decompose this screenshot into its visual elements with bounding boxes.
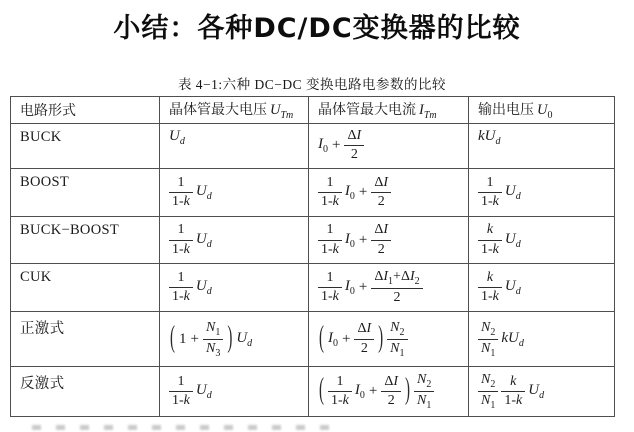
cell-output-voltage: N2N1kUd [469,312,615,367]
cell-output-voltage: N2N1k1-kUd [469,367,615,417]
table-row-buck: BUCK Ud I0+ΔI2 kUd [11,124,615,169]
header-symbol: U0 [537,102,552,121]
header-label: 输出电压 [478,103,534,118]
cell-max-voltage: 11-kUd [160,169,309,217]
cell-output-voltage: k1-kUd [469,264,615,312]
cell-max-voltage: 11-kUd [160,367,309,417]
cell-max-current: 11-kI0+ΔI2 [309,169,469,217]
row-label: CUK [11,264,160,312]
header-output-voltage: 输出电压U0 [469,97,615,124]
table-header-row: 电路形式 晶体管最大电压UTm 晶体管最大电流ITm 输出电压U0 [11,97,615,124]
cell-max-current: (11-kI0+ΔI2)N2N1 [309,367,469,417]
cell-max-voltage: 11-kUd [160,217,309,264]
header-max-transistor-voltage: 晶体管最大电压UTm [160,97,309,124]
cell-max-voltage: 11-kUd [160,264,309,312]
cell-max-current: I0+ΔI2 [309,124,469,169]
cell-max-current: (I0+ΔI2)N2N1 [309,312,469,367]
header-circuit-type: 电路形式 [11,97,160,124]
header-symbol: ITm [419,102,437,121]
cell-max-current: 11-kI0+ΔI1+ΔI22 [309,264,469,312]
table-row-cuk: CUK 11-kUd 11-kI0+ΔI1+ΔI22 k1-kUd [11,264,615,312]
cell-output-voltage: kUd [469,124,615,169]
table-row-boost: BOOST 11-kUd 11-kI0+ΔI2 11-kUd [11,169,615,217]
header-symbol: UTm [270,102,293,121]
comparison-table: 电路形式 晶体管最大电压UTm 晶体管最大电流ITm 输出电压U0 BUCK U… [10,96,615,417]
cell-output-voltage: k1-kUd [469,217,615,264]
cell-max-voltage: (1+N1N3)Ud [160,312,309,367]
page-title: 小结：各种DC/DC变换器的比较 [0,6,634,45]
header-label: 电路形式 [20,104,76,119]
header-max-transistor-current: 晶体管最大电流ITm [309,97,469,124]
table-row-forward: 正激式 (1+N1N3)Ud (I0+ΔI2)N2N1 N2N1kUd [11,312,615,367]
row-label: BUCK−BOOST [11,217,160,264]
cropped-text-remnant [32,425,332,430]
table-row-buck-boost: BUCK−BOOST 11-kUd 11-kI0+ΔI2 k1-kUd [11,217,615,264]
header-label: 晶体管最大电压 [169,103,267,118]
cell-output-voltage: 11-kUd [469,169,615,217]
cell-max-current: 11-kI0+ΔI2 [309,217,469,264]
row-label: 正激式 [11,312,160,367]
header-label: 晶体管最大电流 [318,103,416,118]
cell-max-voltage: Ud [160,124,309,169]
row-label: BOOST [11,169,160,217]
table-row-flyback: 反激式 11-kUd (11-kI0+ΔI2)N2N1 N2N1k1-kUd [11,367,615,417]
table-caption: 表 4−1:六种 DC−DC 变换电路电参数的比较 [10,73,614,93]
row-label: 反激式 [11,367,160,417]
row-label: BUCK [11,124,160,169]
